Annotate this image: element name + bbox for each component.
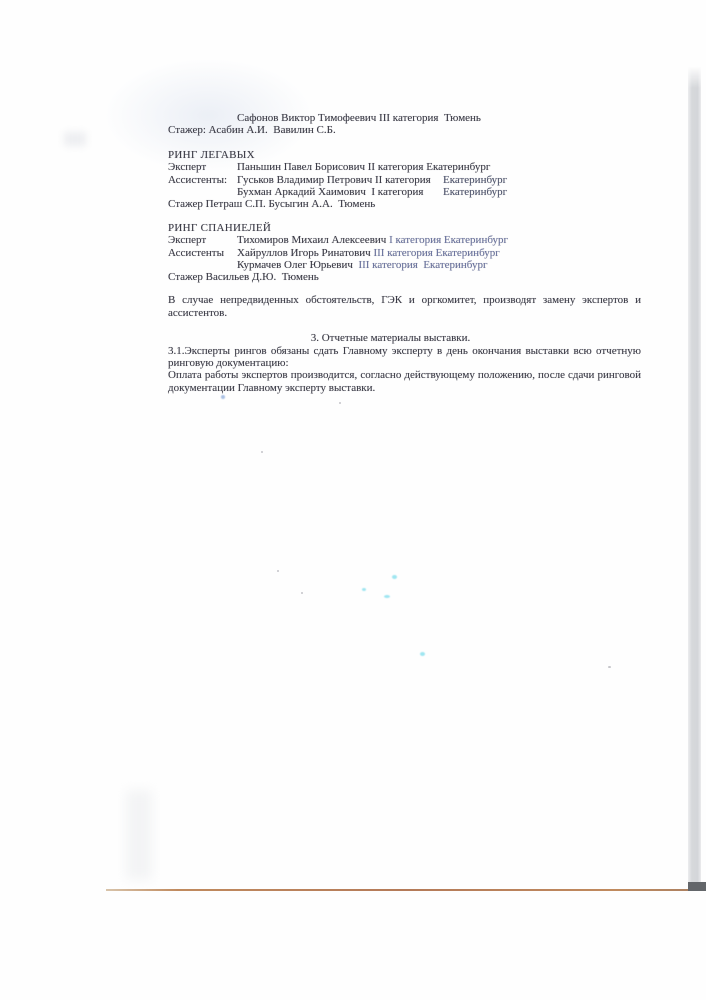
paragraph-line: 3.1.Эксперты рингов обязаны сдать Главно… — [168, 345, 641, 357]
page-bottom-edge-line — [106, 889, 706, 891]
document-text-block: Сафонов Виктор Тимофеевич III категория … — [168, 112, 641, 394]
expert-line-safonov: Сафонов Виктор Тимофеевич III категория … — [168, 112, 641, 124]
trainee-line-spaniels: Стажер Васильев Д.Ю. Тюмень — [168, 271, 641, 283]
note-line: ассистентов. — [168, 307, 641, 319]
note-line: В случае непредвиденных обстоятельств, Г… — [168, 294, 641, 306]
scan-speck — [339, 402, 341, 404]
role-label — [168, 259, 237, 271]
scan-speck — [608, 666, 611, 668]
scanned-page: { "page": { "background": "#fefefe", "ed… — [0, 0, 706, 1000]
scan-speck — [301, 592, 303, 594]
person-name: Тихомиров Михаил Алексеевич — [237, 234, 386, 246]
trainee-line-pointers: Стажер Петраш С.П. Бусыгин А.А. Тюмень — [168, 198, 641, 210]
scan-speck — [420, 652, 425, 656]
scan-speck — [392, 575, 397, 579]
person-qualification: I категория Екатеринбург — [386, 234, 508, 246]
role-label: Эксперт — [168, 234, 237, 246]
scan-smudge — [126, 790, 152, 880]
section3-paragraph-1: 3.1.Эксперты рингов обязаны сдать Главно… — [168, 345, 641, 370]
ring-row: Эксперт Тихомиров Михаил Алексеевич I ка… — [168, 234, 641, 246]
note-paragraph: В случае непредвиденных обстоятельств, Г… — [168, 294, 641, 319]
person-name: Паньшин Павел Борисович II категория Ека… — [237, 161, 490, 173]
page-corner-shadow-block — [688, 882, 706, 891]
page-right-edge-shadow — [688, 66, 701, 890]
section-heading: 3. Отчетные материалы выставки. — [168, 332, 613, 344]
person-qualification: III категория Екатеринбург — [371, 247, 500, 259]
ring-title-spaniels: РИНГ СПАНИЕЛЕЙ — [168, 222, 641, 234]
ring-row: Курмачев Олег Юрьевич III категория Екат… — [168, 259, 641, 271]
ring-row: Бухман Аркадий Хаимович I категория Екат… — [168, 186, 641, 198]
role-label — [168, 186, 237, 198]
scan-speck — [277, 570, 279, 572]
ring-row: Ассистенты: Гуськов Владимир Петрович II… — [168, 174, 641, 186]
ring-row: Ассистенты Хайруллов Игорь Ринатович III… — [168, 247, 641, 259]
scan-speck — [221, 395, 225, 399]
person-qualification: III категория Екатеринбург — [353, 259, 488, 271]
role-label: Эксперт — [168, 161, 237, 173]
scan-speck — [362, 588, 366, 591]
person-city: Екатеринбург — [443, 174, 507, 186]
person-city: Екатеринбург — [443, 186, 507, 198]
role-label: Ассистенты — [168, 247, 237, 259]
section3-paragraph-2: Оплата работы экспертов производится, со… — [168, 369, 641, 394]
person-name: Гуськов Владимир Петрович II категория — [237, 174, 443, 186]
trainee-line-top: Стажер: Асабин А.И. Вавилин С.Б. — [168, 124, 641, 136]
paragraph-line: ринговую документацию: — [168, 357, 641, 369]
paragraph-line: Оплата работы экспертов производится, со… — [168, 369, 641, 381]
ring-row: Эксперт Паньшин Павел Борисович II катег… — [168, 161, 641, 173]
ring-title-pointers: РИНГ ЛЕГАВЫХ — [168, 149, 641, 161]
paragraph-line: документации Главному эксперту выставки. — [168, 382, 641, 394]
scan-speck — [261, 451, 263, 453]
scan-speck — [384, 595, 390, 598]
scan-smudge — [64, 132, 86, 146]
person-name: Хайруллов Игорь Ринатович — [237, 247, 371, 259]
person-name: Курмачев Олег Юрьевич — [237, 259, 353, 271]
role-label: Ассистенты: — [168, 174, 237, 186]
person-name: Бухман Аркадий Хаимович I категория — [237, 186, 443, 198]
